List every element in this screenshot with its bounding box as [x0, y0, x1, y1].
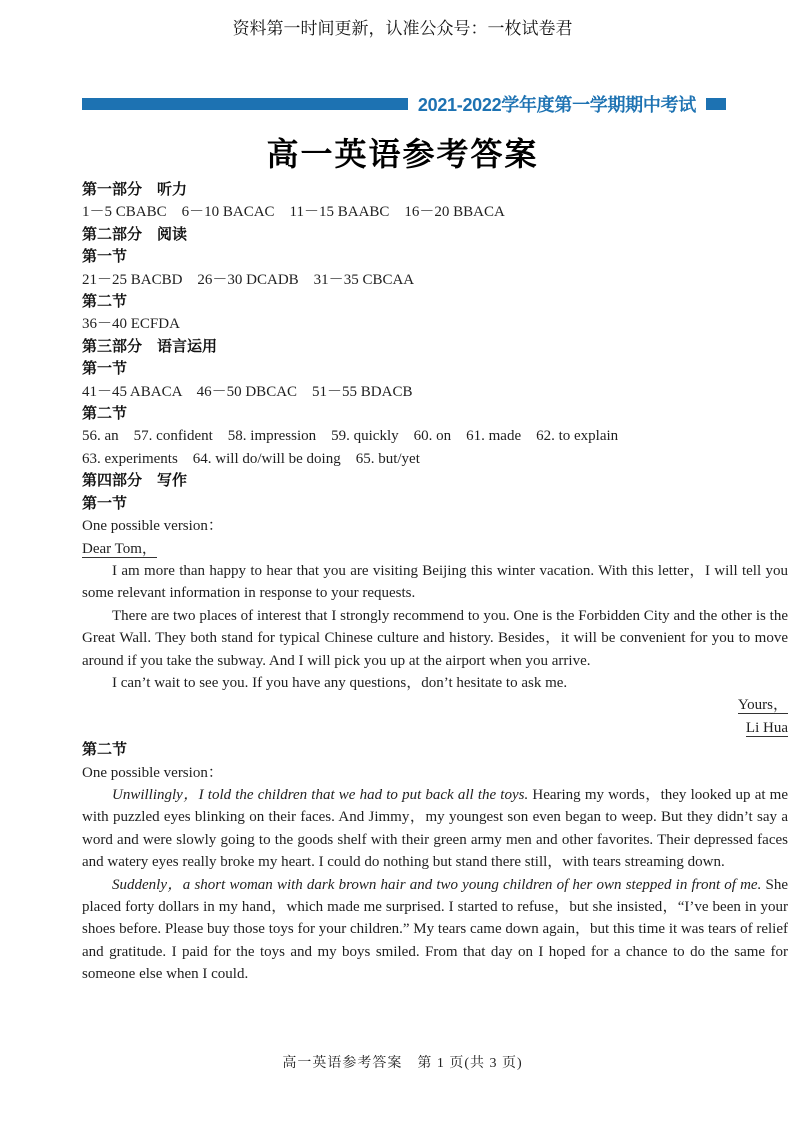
- letter-closing-text: Yours，: [738, 697, 788, 714]
- part2-heading: 第二部分 阅读: [82, 224, 788, 246]
- letter-closing: Yours，: [82, 694, 788, 716]
- part2-section1-answers: 21－25 BACBD 26－30 DCADB 31－35 CBCAA: [82, 269, 788, 291]
- page-footer: 高一英语参考答案 第 1 页(共 3 页): [0, 1052, 805, 1072]
- banner-end-square: [706, 98, 726, 110]
- part3-section2-answers-line2: 63. experiments 64. will do/will be doin…: [82, 448, 788, 470]
- document-page: 资料第一时间更新，认准公众号：一枚试卷君 2021-2022学年度第一学期期中考…: [0, 0, 805, 1122]
- letter-paragraph-1: I am more than happy to hear that you ar…: [82, 560, 788, 605]
- banner-text: 2021-2022学年度第一学期期中考试: [418, 91, 696, 117]
- writing1-intro: One possible version：: [82, 515, 788, 537]
- letter-salutation: Dear Tom，: [82, 538, 788, 560]
- letter-salutation-text: Dear Tom，: [82, 541, 157, 558]
- part3-section1-answers: 41－45 ABACA 46－50 DBCAC 51－55 BDACB: [82, 381, 788, 403]
- part1-heading: 第一部分 听力: [82, 179, 788, 201]
- part4-heading: 第四部分 写作: [82, 470, 788, 492]
- banner-bar: [82, 98, 408, 110]
- essay-paragraph-2: Suddenly，a short woman with dark brown h…: [82, 874, 788, 986]
- answer-content: 第一部分 听力 1－5 CBABC 6－10 BACAC 11－15 BAABC…: [82, 179, 788, 986]
- letter-signature-text: Li Hua: [746, 720, 788, 737]
- letter-paragraph-2: There are two places of interest that I …: [82, 605, 788, 672]
- part3-section1-heading: 第一节: [82, 358, 788, 380]
- part3-section2-answers-line1: 56. an 57. confident 58. impression 59. …: [82, 425, 788, 447]
- part2-section1-heading: 第一节: [82, 246, 788, 268]
- part2-section2-heading: 第二节: [82, 291, 788, 313]
- writing2-heading: 第二节: [82, 739, 788, 761]
- part1-answers: 1－5 CBABC 6－10 BACAC 11－15 BAABC 16－20 B…: [82, 201, 788, 223]
- part4-section1-heading: 第一节: [82, 493, 788, 515]
- part3-heading: 第三部分 语言运用: [82, 336, 788, 358]
- part3-section2-heading: 第二节: [82, 403, 788, 425]
- essay-paragraph-1-italic: Unwillingly，I told the children that we …: [112, 787, 528, 803]
- writing2-intro: One possible version：: [82, 762, 788, 784]
- page-title: 高一英语参考答案: [0, 129, 805, 175]
- exam-session-banner: 2021-2022学年度第一学期期中考试: [82, 95, 726, 113]
- essay-paragraph-2-italic: Suddenly，a short woman with dark brown h…: [112, 877, 761, 893]
- part2-section2-answers: 36－40 ECFDA: [82, 313, 788, 335]
- letter-signature: Li Hua: [82, 717, 788, 739]
- essay-paragraph-1: Unwillingly，I told the children that we …: [82, 784, 788, 874]
- top-notice: 资料第一时间更新，认准公众号：一枚试卷君: [0, 14, 805, 39]
- letter-paragraph-3: I can’t wait to see you. If you have any…: [82, 672, 788, 694]
